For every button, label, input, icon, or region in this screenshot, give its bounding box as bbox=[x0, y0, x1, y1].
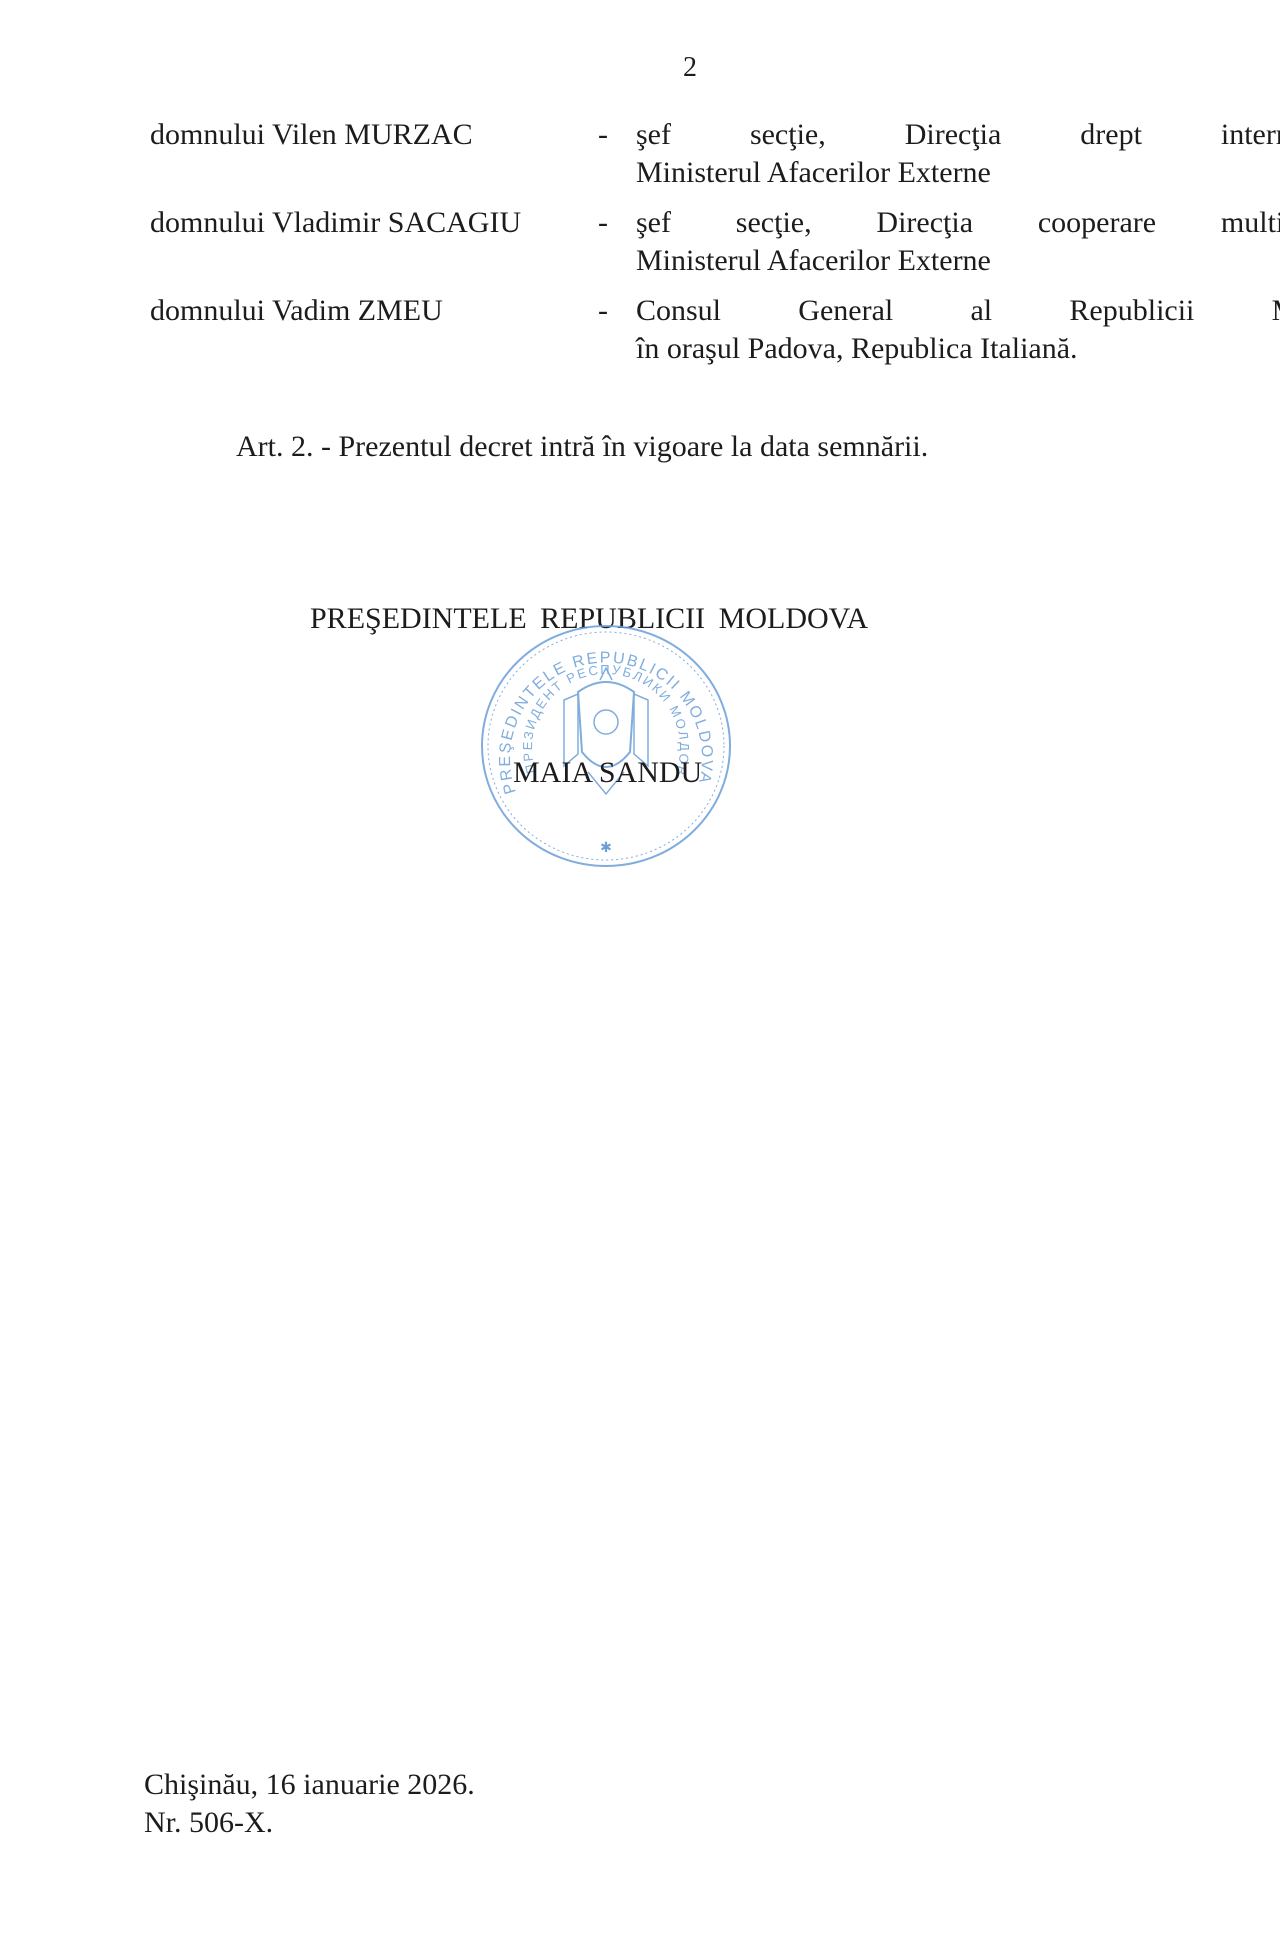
position-line-2: Ministerul Afacerilor Externe bbox=[636, 154, 1280, 192]
separator-dash: - bbox=[598, 116, 608, 154]
position-line-1: şef secţie, Direcţia cooperare multilate… bbox=[636, 204, 1280, 242]
signatory-name: MAIA SANDU bbox=[513, 756, 702, 790]
article-2: Art. 2. - Prezentul decret intră în vigo… bbox=[236, 428, 928, 466]
separator-dash: - bbox=[598, 204, 608, 242]
appointee-name: domnului Vladimir SACAGIU bbox=[150, 204, 521, 242]
appointee-position: şef secţie, Direcţia drept internaţional… bbox=[636, 116, 1280, 192]
svg-text:✱: ✱ bbox=[600, 841, 612, 856]
appointee-name: domnului Vilen MURZAC bbox=[150, 116, 473, 154]
position-line-2: Ministerul Afacerilor Externe bbox=[636, 242, 1280, 280]
separator-dash: - bbox=[598, 292, 608, 330]
page-number: 2 bbox=[0, 52, 1280, 84]
official-seal-icon: PREŞEDINTELE REPUBLICII MOLDOVA ПРЕЗИДЕН… bbox=[478, 622, 734, 870]
appointee-position: şef secţie, Direcţia cooperare multilate… bbox=[636, 204, 1280, 280]
decree-number: Nr. 506-X. bbox=[144, 1804, 475, 1842]
place-date-line: Chişinău, 16 ianuarie 2026. bbox=[144, 1766, 475, 1804]
position-line-1: Consul General al Republicii Moldova bbox=[636, 292, 1280, 330]
place-and-date: Chişinău, 16 ianuarie 2026. Nr. 506-X. bbox=[144, 1766, 475, 1842]
position-line-1: şef secţie, Direcţia drept internaţional… bbox=[636, 116, 1280, 154]
position-line-2: în oraşul Padova, Republica Italiană. bbox=[636, 330, 1280, 368]
appointee-name: domnului Vadim ZMEU bbox=[150, 292, 443, 330]
appointee-position: Consul General al Republicii Moldova în … bbox=[636, 292, 1280, 368]
